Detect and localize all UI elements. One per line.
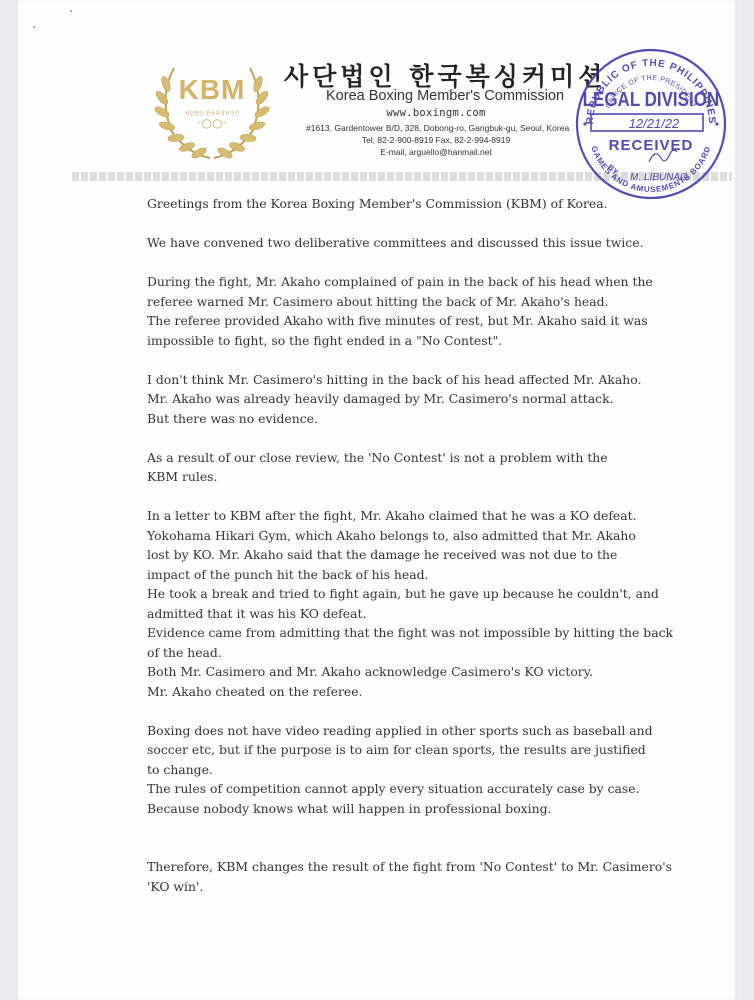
paragraph-fight-events: During the fight, Mr. Akaho complained o…: [147, 272, 672, 350]
text-line: Evidence came from admitting that the fi…: [147, 623, 672, 643]
text-line: impossible to fight, so the fight ended …: [147, 331, 672, 351]
text-line: Therefore, KBM changes the result of the…: [147, 857, 672, 877]
document-page: KBM 사단법인 한국복싱커미션 ·○○· 사단법인 한국복싱커미션 Korea…: [16, 0, 737, 1000]
text-line: to change.: [147, 760, 672, 780]
text-line: impact of the punch hit the back of his …: [147, 565, 672, 585]
paragraph-video-review: Boxing does not have video reading appli…: [147, 721, 672, 819]
org-tel-fax: Tel, 82-2-900-8919 Fax, 82-2-994-8919: [306, 134, 566, 146]
kbm-logo: KBM 사단법인 한국복싱커미션 ·○○·: [152, 58, 272, 162]
text-line: Both Mr. Casimero and Mr. Akaho acknowle…: [147, 662, 672, 682]
svg-text:LEGAL DIVISION: LEGAL DIVISION: [583, 88, 720, 111]
legal-division-stamp-icon: REPUBLIC OF THE PHILIPPINES OFFICE OF TH…: [571, 44, 731, 204]
text-line: 'KO win'.: [147, 877, 672, 897]
text-line: lost by KO. Mr. Akaho said that the dama…: [147, 545, 672, 565]
boxing-gloves-icon: ·○○·: [152, 116, 272, 130]
paragraph-decision: Therefore, KBM changes the result of the…: [147, 857, 672, 896]
text-line: of the head.: [147, 643, 672, 663]
text-line: Mr. Akaho cheated on the referee.: [147, 682, 672, 702]
svg-text:12/21/22: 12/21/22: [629, 116, 680, 131]
text-line: As a result of our close review, the 'No…: [147, 448, 672, 468]
org-contact: www.boxingm.com #1613, Gardentower B/D, …: [306, 107, 566, 158]
paragraph-review-result: As a result of our close review, the 'No…: [147, 448, 672, 487]
text-line: admitted that it was his KO defeat.: [147, 604, 672, 624]
text-line: Because nobody knows what will happen in…: [147, 799, 672, 819]
org-email: E-mail, arguello@hanmail.net: [306, 146, 566, 158]
text-line: Greetings from the Korea Boxing Member's…: [147, 194, 672, 214]
org-name-english: Korea Boxing Member's Commission: [326, 88, 564, 104]
text-line: In a letter to KBM after the fight, Mr. …: [147, 506, 672, 526]
text-line: I don't think Mr. Casimero's hitting in …: [147, 370, 672, 390]
paragraph-committees: We have convened two deliberative commit…: [147, 233, 672, 253]
paragraph-akaho-letter: In a letter to KBM after the fight, Mr. …: [147, 506, 672, 701]
text-line: soccer etc, but if the purpose is to aim…: [147, 740, 672, 760]
text-line: Boxing does not have video reading appli…: [147, 721, 672, 741]
text-line: The referee provided Akaho with five min…: [147, 311, 672, 331]
text-line: referee warned Mr. Casimero about hittin…: [147, 292, 672, 312]
text-line: He took a break and tried to fight again…: [147, 584, 672, 604]
scan-speck: [70, 10, 72, 12]
scan-speck: [33, 26, 35, 28]
logo-text: KBM: [152, 74, 272, 106]
received-stamp: REPUBLIC OF THE PHILIPPINES OFFICE OF TH…: [571, 44, 731, 204]
paragraph-greeting: Greetings from the Korea Boxing Member's…: [147, 194, 672, 214]
text-line: But there was no evidence.: [147, 409, 672, 429]
org-address: #1613, Gardentower B/D, 328, Dobong-ro, …: [306, 122, 566, 134]
paragraph-opinion: I don't think Mr. Casimero's hitting in …: [147, 370, 672, 429]
text-line: The rules of competition cannot apply ev…: [147, 779, 672, 799]
text-line: Yokohama Hikari Gym, which Akaho belongs…: [147, 526, 672, 546]
text-line: Mr. Akaho was already heavily damaged by…: [147, 389, 672, 409]
svg-text:RECEIVED: RECEIVED: [609, 137, 694, 154]
org-website: www.boxingm.com: [306, 107, 566, 119]
text-line: We have convened two deliberative commit…: [147, 233, 672, 253]
text-line: During the fight, Mr. Akaho complained o…: [147, 272, 672, 292]
letter-body: Greetings from the Korea Boxing Member's…: [147, 194, 672, 916]
text-line: KBM rules.: [147, 467, 672, 487]
